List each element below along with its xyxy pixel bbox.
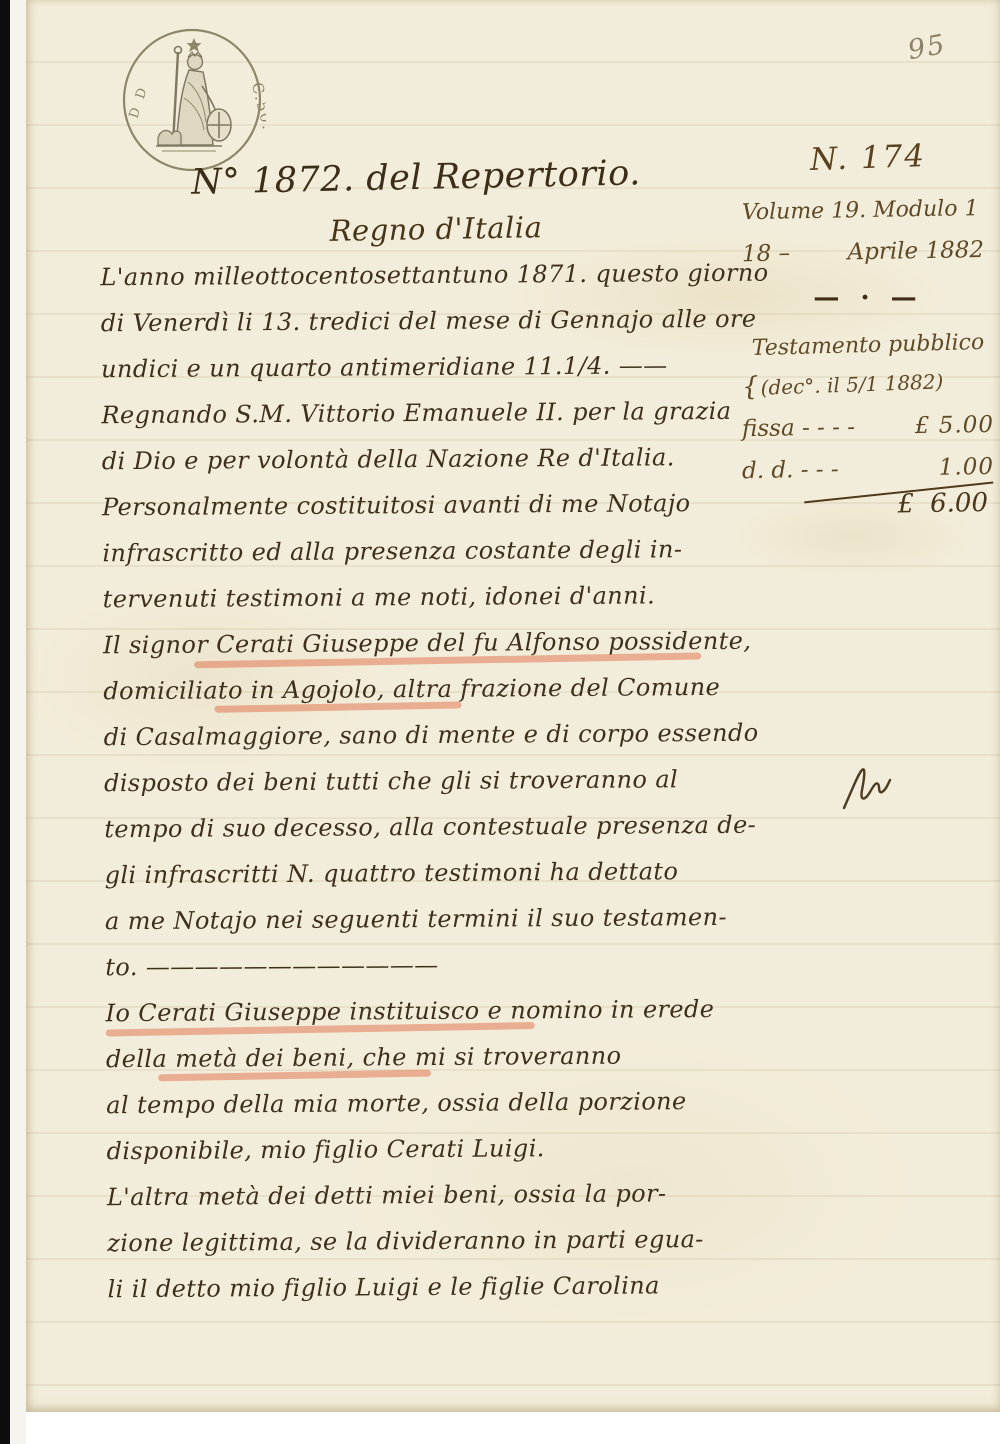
manuscript-line: li il detto mio figlio Luigi e le figlie…	[107, 1262, 757, 1313]
manuscript-line: tervenuti testimoni a me noti, idonei d'…	[103, 572, 753, 623]
document-type-label: Testamento pubblico	[742, 330, 995, 362]
scanned-document: 95 D D	[0, 0, 1000, 1444]
manuscript-line: infrascritto ed alla presenza costante d…	[102, 526, 752, 577]
divider-mark: — · —	[742, 283, 994, 313]
fee-total-row: £ 6.00	[742, 488, 994, 522]
manuscript-line: disposto dei beni tutti che gli si trove…	[104, 756, 754, 807]
fee-amount: £ 5.00	[915, 412, 995, 439]
star-icon	[187, 38, 202, 52]
brace-mark: {	[742, 372, 760, 403]
fee-row-ditto: d. d. - - - 1.00	[742, 454, 994, 484]
fee-amount: 1.00	[939, 454, 995, 481]
death-note: {(dec°. il 5/1 1882)	[742, 364, 995, 403]
manuscript-line: al tempo della mia morte, ossia della po…	[106, 1078, 756, 1129]
manuscript-line: della metà dei beni, che mi si troverann…	[106, 1032, 756, 1083]
fee-label: fissa - - - -	[742, 414, 855, 442]
manuscript-line: L'anno milleottocentosettantuno 1871. qu…	[100, 250, 750, 301]
kingdom-subtitle: Regno d'Italia	[236, 209, 637, 250]
paper-page: 95 D D	[26, 0, 1000, 1412]
paraph-flourish	[838, 762, 908, 818]
stamp-denomination: C.50.	[248, 80, 266, 132]
manuscript-line: gli infrascritti N. quattro testimoni ha…	[104, 848, 754, 899]
manuscript-line: Regnando S.M. Vittorio Emanuele II. per …	[101, 388, 751, 439]
manuscript-line: a me Notajo nei seguenti termini il suo …	[105, 894, 755, 945]
manuscript-line: di Venerdì li 13. tredici del mese di Ge…	[101, 296, 751, 347]
manuscript-line: to. ————————————	[105, 940, 755, 991]
manuscript-line: Il signor Cerati Giuseppe del fu Alfonso…	[103, 618, 753, 669]
total-currency: £	[897, 489, 914, 519]
manuscript-line: zione legittima, se la divideranno in pa…	[107, 1216, 757, 1267]
scan-edge-margin	[10, 0, 26, 1444]
manuscript-line: di Dio e per volontà della Nazione Re d'…	[102, 434, 752, 485]
manuscript-line: Io Cerati Giuseppe instituisco e nomino …	[105, 986, 755, 1037]
manuscript-line: Personalmente costituitosi avanti di me …	[102, 480, 752, 531]
lion-figure	[158, 131, 181, 145]
pencil-page-number: 95	[906, 29, 949, 66]
registration-margin-block: N. 174 Volume 19. Modulo 1 18 – Aprile 1…	[742, 140, 994, 520]
manuscript-line: domiciliato in Agojolo, altra frazione d…	[103, 664, 753, 715]
manuscript-line: disponibile, mio figlio Cerati Luigi.	[106, 1124, 756, 1175]
stamp-left-letters: D D	[127, 83, 152, 120]
total-amount: 6.00	[930, 488, 988, 519]
registration-day: 18 –	[742, 240, 791, 267]
fee-row-fixed: fissa - - - - £ 5.00	[742, 412, 994, 442]
scan-edge-shadow	[0, 0, 10, 1444]
registration-date: 18 – Aprile 1882	[742, 237, 994, 267]
fee-label: d. d. - - -	[742, 457, 839, 485]
registration-number: N. 174	[741, 136, 994, 181]
revenue-stamp-seal: D D C.50.	[118, 24, 266, 176]
manuscript-line: tempo di suo decesso, alla contestuale p…	[104, 802, 754, 853]
manuscript-line: L'altra metà dei detti miei beni, ossia …	[107, 1170, 757, 1221]
manuscript-line: undici e un quarto antimeridiane 11.1/4.…	[101, 342, 751, 393]
registration-month-year: Aprile 1882	[847, 237, 984, 265]
manuscript-body: L'anno milleottocentosettantuno 1871. qu…	[100, 250, 757, 1313]
volume-module-line: Volume 19. Modulo 1	[742, 196, 994, 225]
manuscript-line: di Casalmaggiore, sano di mente e di cor…	[104, 710, 754, 761]
